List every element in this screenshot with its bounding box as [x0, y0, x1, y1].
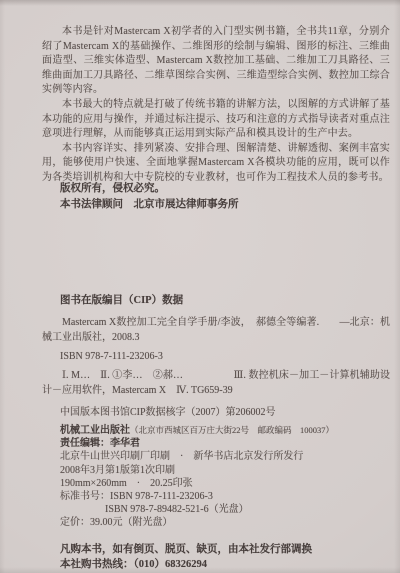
cip-heading: 图书在版编目（CIP）数据 — [60, 294, 390, 308]
cip-section: 图书在版编目（CIP）数据 Mastercam X数控加工完全自学手册/李波， … — [42, 294, 390, 420]
cd-isbn-line: ISBN 978-7-89482-521-6（光盘） — [60, 503, 392, 516]
purchase-hotline: 本社购书热线：（010）68326294 — [60, 558, 392, 573]
intro-paragraph-3: 本书内容详实、排列紧凑、安排合理、图解清楚、讲解透彻、案例丰富实用，能够使用户快… — [42, 142, 390, 186]
standard-isbn-label: 标准书号： — [60, 491, 110, 502]
cip-entry: Mastercam X数控加工完全自学手册/李波， 郝德全等编著. —北京：机械… — [42, 316, 390, 345]
price-value: 39.00元（附光盘） — [90, 517, 173, 528]
standard-isbn-line: 标准书号：ISBN 978-7-111-23206-3 — [60, 490, 392, 503]
editor-line: 责任编辑：李华君 — [60, 437, 392, 450]
format-sheets-line: 190mm×260mm · 20.25印张 — [60, 477, 392, 490]
editor-label: 责任编辑： — [60, 438, 110, 449]
price-line: 定价：39.00元（附光盘） — [60, 516, 392, 529]
intro-paragraph-2: 本书最大的特点就是打破了传统书籍的讲解方法，以图解的方式讲解了基本功能的应用与操… — [42, 98, 390, 142]
cip-classification: Ⅰ. M… Ⅱ. ①李… ②郝… Ⅲ. 数控机床－加工－计算机辅助设计－应用软件… — [42, 369, 390, 398]
intro-paragraph-1: 本书是针对Mastercam X初学者的入门型实例书籍，全书共11章，分别介绍了… — [42, 25, 390, 98]
cip-registry-number: 中国版本图书馆CIP数据核字（2007）第206002号 — [60, 406, 390, 420]
standard-isbn-value: ISBN 978-7-111-23206-3 — [110, 491, 213, 502]
legal-section: 版权所有，侵权必究。 本书法律顾问 北京市展达律师事务所 — [60, 181, 390, 213]
exchange-notice: 凡购本书，如有倒页、脱页、缺页，由本社发行部调换 — [60, 543, 392, 558]
publisher-name: 机械工业出版社 — [60, 425, 130, 436]
legal-counsel-line: 本书法律顾问 北京市展达律师事务所 — [60, 197, 390, 213]
publication-section: 机械工业出版社（北京市西城区百万庄大街22号 邮政编码 100037） 责任编辑… — [60, 424, 392, 530]
book-copyright-page: 本书是针对Mastercam X初学者的入门型实例书籍，全书共11章，分别介绍了… — [0, 0, 400, 573]
service-section: 凡购本书，如有倒页、脱页、缺页，由本社发行部调换 本社购书热线：（010）683… — [60, 543, 392, 572]
intro-section: 本书是针对Mastercam X初学者的入门型实例书籍，全书共11章，分别介绍了… — [42, 25, 390, 186]
edition-line: 2008年3月第1版第1次印刷 — [60, 464, 392, 477]
price-label: 定价： — [60, 517, 90, 528]
cip-isbn: ISBN 978-7-111-23206-3 — [60, 350, 390, 364]
printing-distribution-line: 北京牛山世兴印刷厂印刷 · 新华书店北京发行所发行 — [60, 450, 392, 463]
editor-name: 李华君 — [110, 438, 140, 449]
publisher-line: 机械工业出版社（北京市西城区百万庄大街22号 邮政编码 100037） — [60, 424, 392, 437]
copyright-notice: 版权所有，侵权必究。 — [60, 181, 390, 197]
publisher-address: （北京市西城区百万庄大街22号 邮政编码 100037） — [130, 425, 334, 435]
